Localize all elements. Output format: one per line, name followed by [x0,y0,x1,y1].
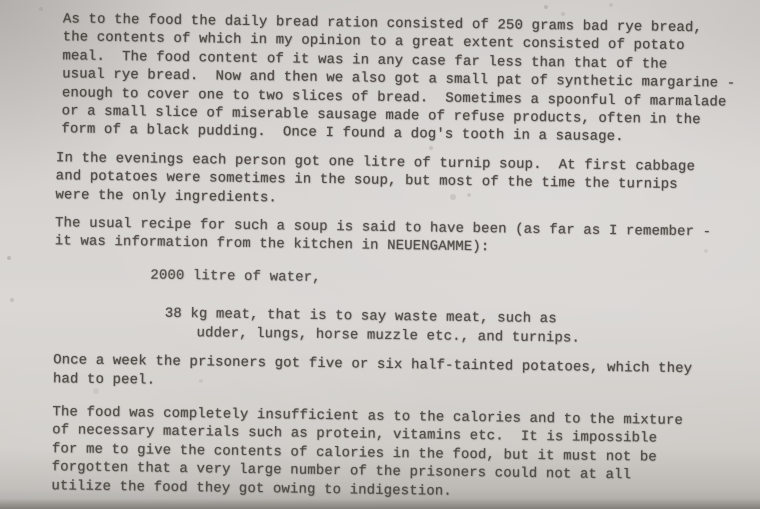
recipe-item-water: 2000 litre of water, [54,265,744,293]
document-photo: As to the food the daily bread ration co… [0,0,760,509]
paragraph-insufficiency: The food was completely insufficient as … [51,403,742,505]
paragraph-bread-ration: As to the food the daily bread ration co… [56,10,748,148]
paragraph-potatoes: Once a week the prisoners got five or si… [53,351,743,397]
recipe-item-meat: 38 kg meat, that is to say waste meat, s… [53,304,743,350]
paragraph-recipe-intro: The usual recipe for such a soup is said… [55,214,745,260]
typewritten-text: As to the food the daily bread ration co… [51,10,748,505]
paragraph-turnip-soup: In the evenings each person got one litr… [55,149,746,214]
photo-bottom-edge [0,499,760,509]
paper-speckles [0,0,2,2]
text-line: 2000 litre of water, [54,265,744,293]
